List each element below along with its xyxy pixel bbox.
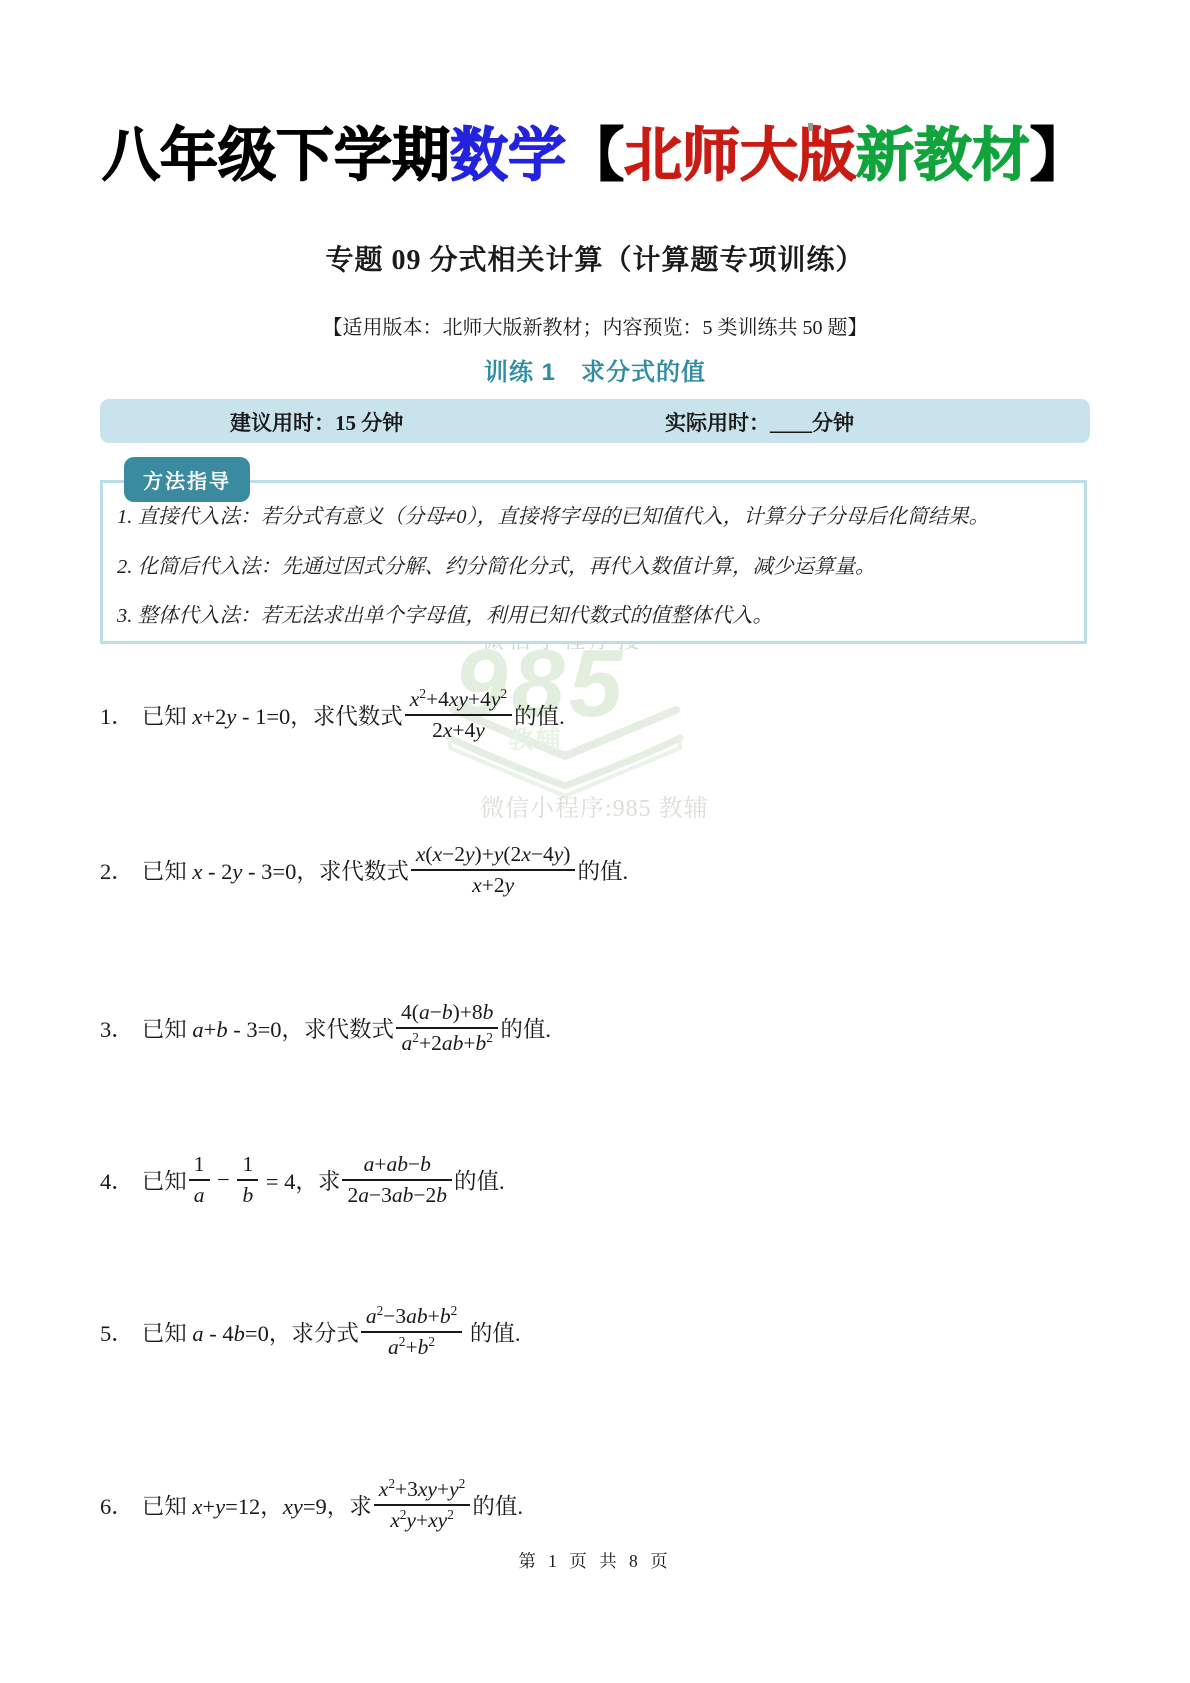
fraction: x2+4xy+4y22x+4y (405, 687, 512, 744)
method-guide-box: 1. 直接代入法：若分式有意义（分母≠0），直接将字母的已知值代入，计算分子分母… (100, 480, 1087, 644)
method-item-1: 1. 直接代入法：若分式有意义（分母≠0），直接将字母的已知值代入，计算分子分母… (117, 505, 1066, 530)
fraction-denominator: a2+b2 (361, 1333, 462, 1360)
method-item-3: 3. 整体代入法：若无法求出单个字母值，利用已知代数式的值整体代入。 (117, 604, 1066, 629)
title-part: 新教材 (856, 123, 1030, 188)
fraction: a2−3ab+b2a2+b2 (361, 1304, 462, 1361)
problem-5: 5．已知 a - 4b=0，求分式a2−3ab+b2a2+b2 的值. (100, 1284, 521, 1380)
problem-text: 已知 a - 4b=0，求分式 (142, 1316, 359, 1348)
fraction-denominator: a (189, 1181, 210, 1208)
fraction-denominator: x2y+xy2 (374, 1506, 471, 1533)
page-title: 八年级下学期数学【北师大版新教材】 (0, 124, 1190, 188)
problem-text: 的值. (464, 1316, 520, 1348)
problem-1: 1．已知 x+2y - 1=0，求代数式x2+4xy+4y22x+4y的值. (100, 667, 565, 763)
actual-time-label: 实际用时：____分钟 (665, 407, 854, 437)
time-bar: 建议用时：15 分钟 实际用时：____分钟 (100, 399, 1090, 443)
fraction-numerator: a+ab−b (342, 1152, 452, 1181)
fraction-numerator: x(x−2y)+y(2x−4y) (411, 842, 576, 871)
problem-number: 4． (100, 1164, 134, 1196)
problem-3: 3．已知 a+b - 3=0，求代数式4(a−b)+8ba2+2ab+b2的值. (100, 980, 551, 1076)
fraction: x2+3xy+y2x2y+xy2 (374, 1477, 471, 1534)
title-part: 八年级下学期 (102, 123, 450, 188)
fraction: 1b (237, 1152, 258, 1209)
title-part: 北师大版 (624, 123, 856, 188)
method-guide-badge: 方法指导 (124, 457, 250, 502)
problem-text: − (212, 1167, 236, 1193)
problem-text: 的值. (472, 1489, 523, 1521)
problem-text: 的值. (500, 1012, 551, 1044)
problem-text: = 4，求 (260, 1164, 340, 1196)
suggested-time-label: 建议用时：15 分钟 (230, 407, 403, 437)
method-item-2: 2. 化简后代入法：先通过因式分解、约分简化分式，再代入数值计算，减少运算量。 (117, 555, 1066, 580)
fraction: a+ab−b2a−3ab−2b (342, 1152, 452, 1209)
version-line: 【适用版本：北师大版新教材；内容预览：5 类训练共 50 题】 (0, 311, 1190, 340)
fraction-denominator: b (237, 1181, 258, 1208)
fraction-denominator: 2a−3ab−2b (342, 1181, 452, 1208)
problem-text: 的值. (454, 1164, 505, 1196)
fraction-numerator: x2+4xy+4y2 (405, 687, 512, 716)
problem-text: 的值. (514, 699, 565, 731)
title-part: 【 (566, 123, 624, 188)
problem-number: 1． (100, 699, 134, 731)
title-part: 】 (1030, 123, 1088, 188)
fraction-denominator: 2x+4y (405, 716, 512, 743)
problem-4: 4．已知1a − 1b = 4，求a+ab−b2a−3ab−2b的值. (100, 1132, 505, 1228)
problem-number: 6． (100, 1489, 134, 1521)
subtitle: 专题 09 分式相关计算（计算题专项训练） (0, 238, 1190, 278)
problem-number: 5． (100, 1316, 134, 1348)
fraction-numerator: 1 (189, 1152, 210, 1181)
fraction: 4(a−b)+8ba2+2ab+b2 (396, 1000, 498, 1057)
fraction: x(x−2y)+y(2x−4y)x+2y (411, 842, 576, 899)
problem-number: 2． (100, 854, 134, 886)
worksheet-page: 八年级下学期数学【北师大版新教材】 专题 09 分式相关计算（计算题专项训练） … (0, 0, 1190, 1683)
problem-text: 已知 x+2y - 1=0，求代数式 (142, 699, 403, 731)
fraction-denominator: x+2y (411, 871, 576, 898)
fraction-numerator: a2−3ab+b2 (361, 1304, 462, 1333)
fraction-numerator: 1 (237, 1152, 258, 1181)
problem-text: 已知 x+y=12，xy=9，求 (142, 1489, 372, 1521)
watermark-caption: 微信小程序:985 教辅 (480, 788, 709, 823)
problem-2: 2．已知 x - 2y - 3=0，求代数式x(x−2y)+y(2x−4y)x+… (100, 822, 628, 918)
problem-text: 已知 a+b - 3=0，求代数式 (142, 1012, 394, 1044)
problem-6: 6．已知 x+y=12，xy=9，求x2+3xy+y2x2y+xy2的值. (100, 1457, 523, 1553)
fraction-numerator: 4(a−b)+8b (396, 1000, 498, 1029)
fraction-denominator: a2+2ab+b2 (396, 1029, 498, 1056)
problem-number: 3． (100, 1012, 134, 1044)
fraction-numerator: x2+3xy+y2 (374, 1477, 471, 1506)
problem-text: 已知 x - 2y - 3=0，求代数式 (142, 854, 409, 886)
section-heading: 训练 1 求分式的值 (0, 352, 1190, 387)
fraction: 1a (189, 1152, 210, 1209)
title-part: 数学 (450, 123, 566, 188)
problem-text: 的值. (577, 854, 628, 886)
stray-mark (808, 123, 813, 131)
problem-text: 已知 (142, 1164, 187, 1196)
